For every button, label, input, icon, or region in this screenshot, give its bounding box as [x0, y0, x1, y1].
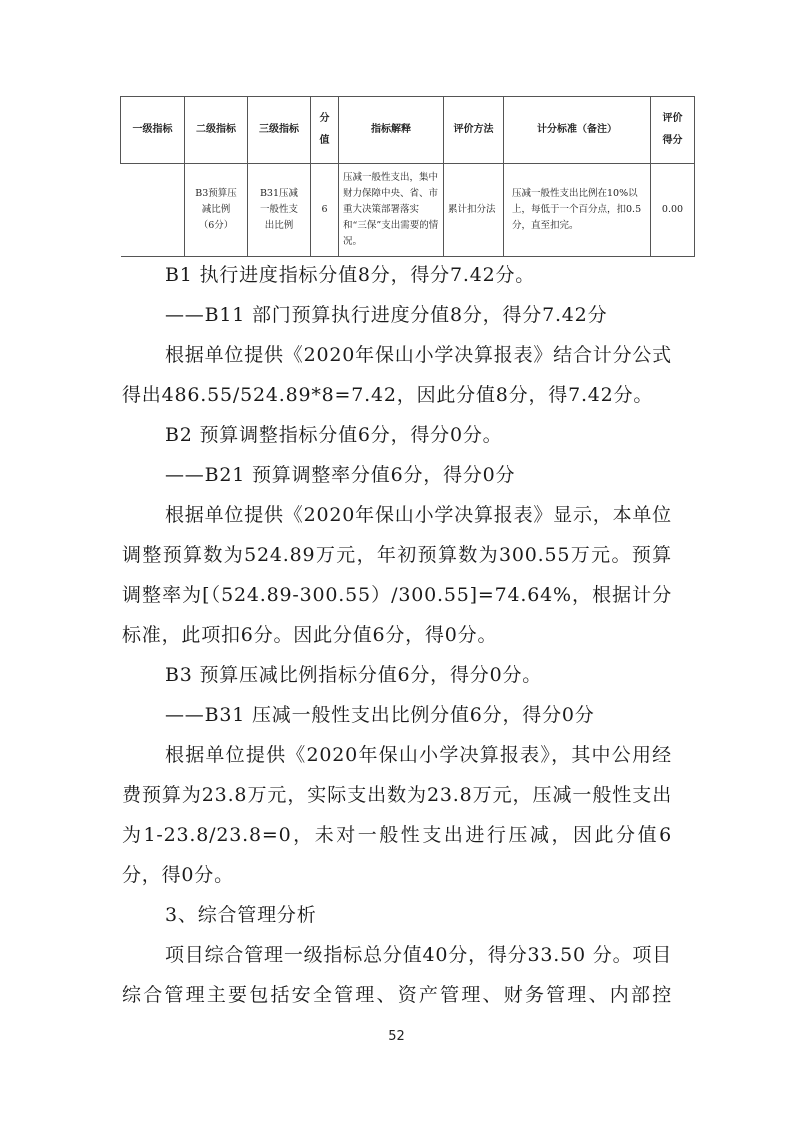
header-criteria: 计分标准（备注） [504, 97, 651, 164]
header-explanation: 指标解释 [339, 97, 444, 164]
table-header-row: 一级指标 二级指标 三级指标 分值 指标解释 评价方法 计分标准（备注） 评价得… [121, 97, 695, 164]
paragraph-b31-detail: 根据单位提供《2020年保山小学决算报表》，其中公用经费预算为23.8万元，实际… [122, 735, 672, 895]
paragraph-b3: B3 预算压减比例指标分值6分，得分0分。 [122, 655, 672, 695]
cell-score: 0.00 [651, 164, 695, 257]
cell-level2: B3预算压减比例（6分） [185, 164, 248, 257]
paragraph-b21-detail: 根据单位提供《2020年保山小学决算报表》显示，本单位调整预算数为524.89万… [122, 495, 672, 655]
paragraph-b31: ——B31 压减一般性支出比例分值6分，得分0分 [122, 695, 672, 735]
header-score-value: 分值 [311, 97, 339, 164]
header-level2: 二级指标 [185, 97, 248, 164]
cell-explanation: 压减一般性支出，集中财力保障中央、省、市重大决策部署落实和“三保”支出需要的情况… [339, 164, 444, 257]
header-level1: 一级指标 [121, 97, 185, 164]
header-score: 评价得分 [651, 97, 695, 164]
cell-level1 [121, 164, 185, 257]
cell-criteria: 压减一般性支出比例在10%以上，每低于一个百分点，扣0.5分，直至扣完。 [504, 164, 651, 257]
section-heading-3: 3、综合管理分析 [122, 895, 672, 935]
document-page: 一级指标 二级指标 三级指标 分值 指标解释 评价方法 计分标准（备注） 评价得… [0, 0, 793, 1122]
cell-method: 累计扣分法 [444, 164, 504, 257]
paragraph-b11-detail: 根据单位提供《2020年保山小学决算报表》结合计分公式得出486.55/524.… [122, 335, 672, 415]
page-number: 52 [0, 1029, 793, 1044]
paragraph-b1: B1 执行进度指标分值8分，得分7.42分。 [122, 255, 672, 295]
evaluation-table: 一级指标 二级指标 三级指标 分值 指标解释 评价方法 计分标准（备注） 评价得… [120, 96, 695, 257]
paragraph-b11: ——B11 部门预算执行进度分值8分，得分7.42分 [122, 295, 672, 335]
table-row: B3预算压减比例（6分） B31压减一般性支出比例 6 压减一般性支出，集中财力… [121, 164, 695, 257]
paragraph-b21: ——B21 预算调整率分值6分，得分0分 [122, 455, 672, 495]
body-text: B1 执行进度指标分值8分，得分7.42分。 ——B11 部门预算执行进度分值8… [122, 255, 672, 1015]
header-level3: 三级指标 [248, 97, 311, 164]
cell-level3: B31压减一般性支出比例 [248, 164, 311, 257]
header-method: 评价方法 [444, 97, 504, 164]
paragraph-management: 项目综合管理一级指标总分值40分，得分33.50 分。项目综合管理主要包括安全管… [122, 935, 672, 1015]
cell-score-value: 6 [311, 164, 339, 257]
paragraph-b2: B2 预算调整指标分值6分，得分0分。 [122, 415, 672, 455]
